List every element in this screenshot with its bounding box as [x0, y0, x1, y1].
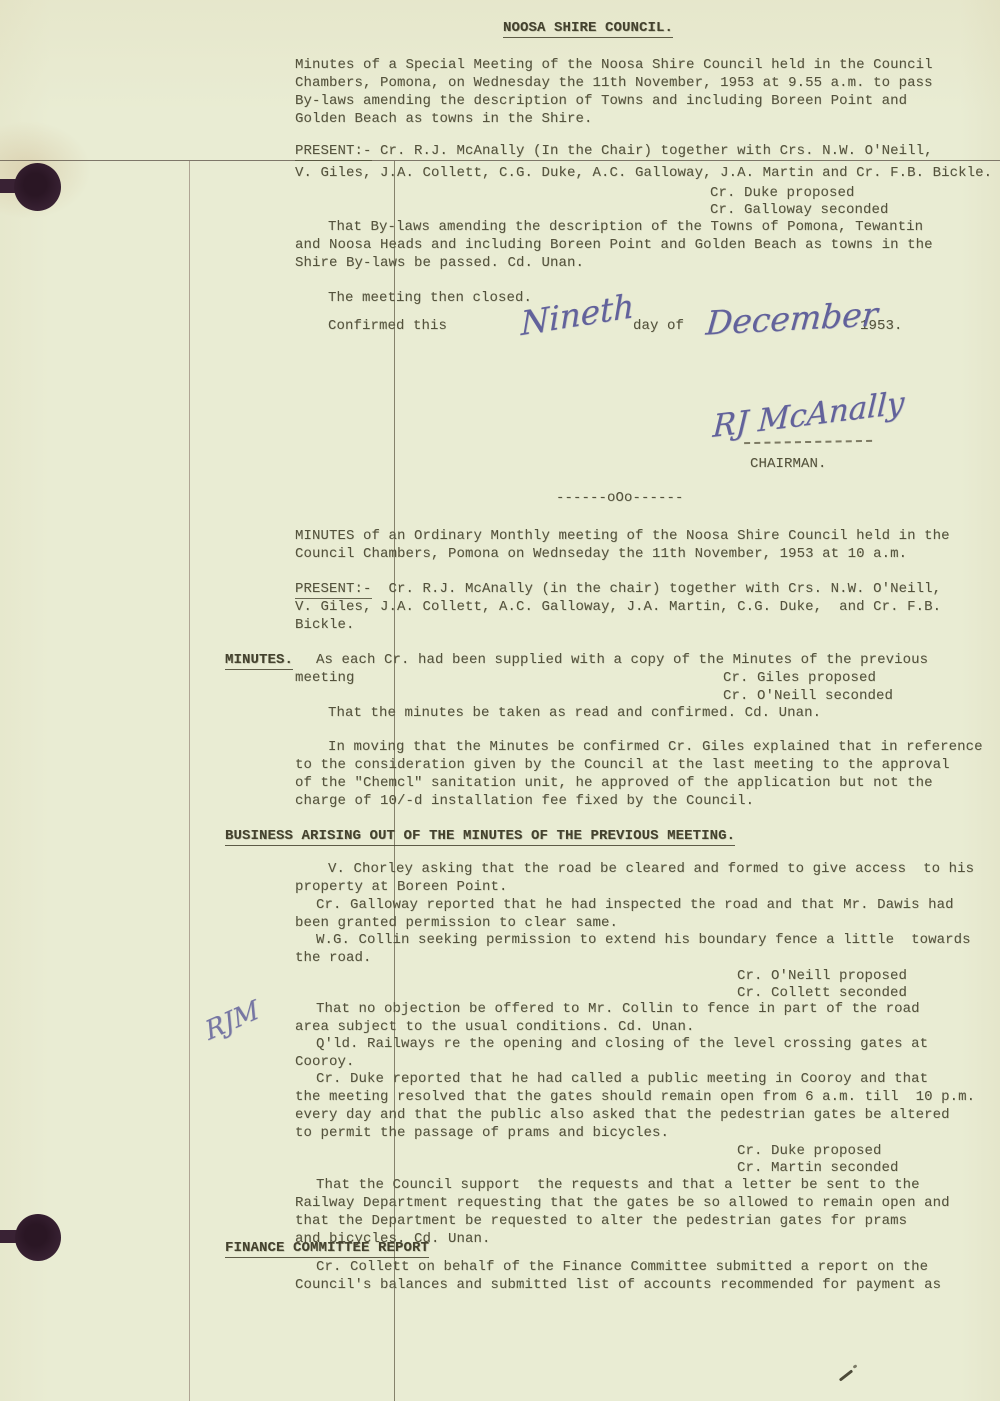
typed-line: Council Chambers, Pomona on Wednseday th… [295, 546, 907, 562]
punch-hole-top [14, 163, 61, 211]
typed-line: Cr. O'Neill seconded [723, 688, 893, 704]
margin-rule-left [189, 161, 190, 1401]
typed-line: Cr. Galloway seconded [710, 202, 889, 218]
typed-line: BUSINESS ARISING OUT OF THE MINUTES OF T… [225, 828, 735, 844]
typed-line: Q'ld. Railways re the opening and closin… [316, 1036, 928, 1052]
typed-line: MINUTES of an Ordinary Monthly meeting o… [295, 528, 950, 544]
handwritten-initials: RJM [202, 995, 262, 1047]
typed-line: V. Giles, J.A. Collett, C.G. Duke, A.C. … [295, 165, 992, 181]
typed-line: Golden Beach as towns in the Shire. [295, 111, 593, 127]
typed-line: MINUTES. [225, 652, 293, 668]
typed-line: that the Department be requested to alte… [295, 1213, 907, 1229]
handwritten-day-word: Nineth [520, 286, 634, 343]
typed-line: property at Boreen Point. [295, 879, 508, 895]
typed-line: FINANCE COMMITTEE REPORT [225, 1240, 429, 1256]
typed-line: the road. [295, 950, 372, 966]
typed-line: That By-laws amending the description of… [328, 219, 923, 235]
typed-line: the meeting resolved that the gates shou… [295, 1089, 975, 1105]
typed-line: Railway Department requesting that the g… [295, 1195, 950, 1211]
typed-line: PRESENT:- Cr. R.J. McAnally (in the chai… [295, 581, 941, 597]
typed-line: been granted permission to clear same. [295, 915, 618, 931]
typed-line: Cr. O'Neill proposed [737, 968, 907, 984]
typed-line: PRESENT:- Cr. R.J. McAnally (In the Chai… [295, 143, 933, 159]
typed-line: In moving that the Minutes be confirmed … [328, 739, 983, 755]
typed-line: Cr. Collett on behalf of the Finance Com… [316, 1259, 928, 1275]
typed-line: Cr. Giles proposed [723, 670, 876, 686]
typed-line: Cr. Collett seconded [737, 985, 907, 1001]
document-page: NOOSA SHIRE COUNCIL.Minutes of a Special… [0, 0, 1000, 1401]
typed-line: Council's balances and submitted list of… [295, 1277, 941, 1293]
typed-line: to the consideration given by the Counci… [295, 757, 950, 773]
typed-line: That the Council support the requests an… [316, 1177, 920, 1193]
ruled-line-horizontal [0, 160, 1000, 161]
typed-line: every day and that the public also asked… [295, 1107, 950, 1123]
typed-line: That the minutes be taken as read and co… [328, 705, 821, 721]
typed-line: By-laws amending the description of Town… [295, 93, 907, 109]
typed-line: W.G. Collin seeking permission to extend… [316, 932, 971, 948]
typed-line: NOOSA SHIRE COUNCIL. [503, 20, 673, 36]
punch-hole-bottom [15, 1214, 61, 1261]
typed-line: Cr. Duke reported that he had called a p… [316, 1071, 928, 1087]
typed-line: to permit the passage of prams and bicyc… [295, 1125, 669, 1141]
typed-line: Bickle. [295, 617, 355, 633]
typed-line: CHAIRMAN. [750, 456, 827, 472]
ink-smudge [839, 1369, 853, 1381]
typed-line: As each Cr. had been supplied with a cop… [316, 652, 928, 668]
typed-line: V. Chorley asking that the road be clear… [328, 861, 974, 877]
typed-line: V. Giles, J.A. Collett, A.C. Galloway, J… [295, 599, 941, 615]
typed-line: Minutes of a Special Meeting of the Noos… [295, 57, 933, 73]
typed-line: Confirmed this [328, 318, 447, 334]
typed-line: Cr. Duke proposed [737, 1143, 882, 1159]
signature-underline [744, 428, 872, 444]
typed-line: charge of 10/-d installation fee fixed b… [295, 793, 754, 809]
typed-line: The meeting then closed. [328, 290, 532, 306]
ink-smudge-dot [853, 1364, 858, 1369]
typed-line: meeting [295, 670, 355, 686]
typed-line: Cr. Galloway reported that he had inspec… [316, 897, 954, 913]
typed-line: ------oOo------ [556, 490, 684, 506]
typed-line: Cr. Martin seconded [737, 1160, 899, 1176]
typed-line: area subject to the usual conditions. Cd… [295, 1019, 695, 1035]
typed-line: That no objection be offered to Mr. Coll… [316, 1001, 920, 1017]
typed-line: Cr. Duke proposed [710, 185, 855, 201]
typed-line: Chambers, Pomona, on Wednesday the 11th … [295, 75, 933, 91]
typed-line: Shire By-laws be passed. Cd. Unan. [295, 255, 584, 271]
typed-line: day of [633, 318, 684, 334]
typed-line: Cooroy. [295, 1054, 355, 1070]
typed-line: and Noosa Heads and including Boreen Poi… [295, 237, 933, 253]
typed-line: of the "Chemcl" sanitation unit, he appr… [295, 775, 933, 791]
handwritten-month-word: December [704, 294, 879, 342]
